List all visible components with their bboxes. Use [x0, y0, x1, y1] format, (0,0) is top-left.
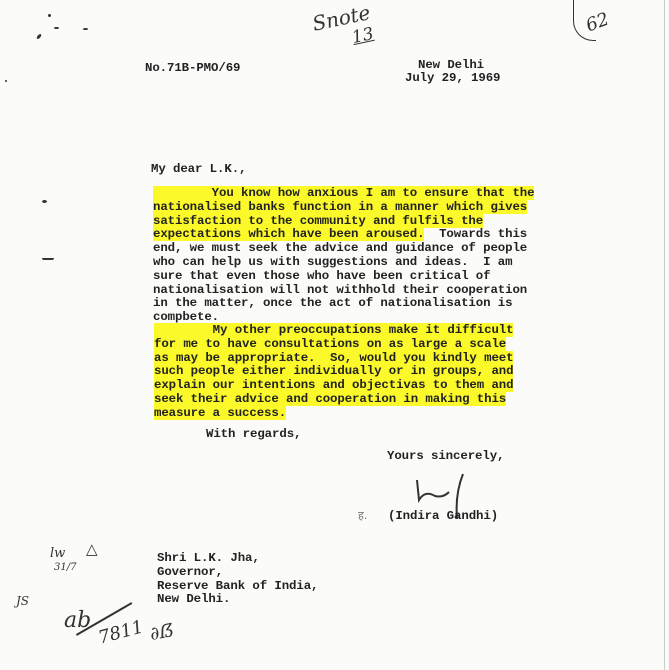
text-line: for me to have consultations on as large… [154, 338, 513, 352]
recipient-address: Shri L.K. Jha,Governor,Reserve Bank of I… [157, 552, 318, 607]
body-text: sure that even those who have been criti… [153, 269, 490, 283]
highlighted-text: expectations which have been aroused. [153, 227, 424, 241]
scan-speck [5, 80, 7, 82]
scan-speck [36, 33, 42, 40]
paragraph-2: My other preoccupations make it difficul… [154, 324, 513, 421]
highlighted-text: seek their advice and cooperation in mak… [154, 392, 506, 406]
letter-page: Snote 13 62 No.71B-PMO/69 New Delhi July… [0, 0, 669, 670]
handwritten-delta-mark: △ [86, 540, 98, 558]
reference-number: No.71B-PMO/69 [145, 62, 240, 76]
highlighted-text: nationalised banks function in a manner … [153, 200, 527, 214]
scan-speck [83, 28, 88, 30]
signatory-name: (Indira Gandhi) [388, 510, 498, 524]
recipient-line: Shri L.K. Jha, [157, 552, 318, 566]
salutation: My dear L.K., [151, 163, 246, 177]
body-text: Towards this [424, 227, 527, 241]
text-line: such people either individually or in gr… [154, 365, 513, 379]
handwritten-number: 7811 [96, 616, 146, 648]
text-line: nationalisation will not withhold their … [153, 284, 534, 298]
highlighted-text: as may be appropriate. So, would you kin… [154, 351, 513, 365]
paragraph-1: You know how anxious I am to ensure that… [153, 187, 534, 325]
scan-edge [664, 0, 665, 670]
handwritten-circle-mark [573, 0, 596, 41]
handwritten-js-note: JS [16, 594, 29, 608]
highlighted-text: measure a success. [154, 406, 286, 420]
highlighted-text: explain our intentions and objectivas to… [154, 378, 513, 392]
hindi-initial-mark: ह. [358, 508, 367, 523]
text-line: measure a success. [154, 407, 513, 421]
text-line: sure that even those who have been criti… [153, 270, 534, 284]
handwritten-scribble: ∂ẞ [148, 620, 176, 645]
recipient-line: Governor, [157, 566, 318, 580]
scan-speck [54, 27, 59, 29]
highlighted-text: satisfaction to the community and fulfil… [153, 214, 483, 228]
recipient-line: Reserve Bank of India, [157, 580, 318, 594]
highlighted-text: for me to have consultations on as large… [154, 337, 506, 351]
text-line: satisfaction to the community and fulfil… [153, 215, 534, 229]
closing-regards: With regards, [206, 428, 301, 442]
text-line: explain our intentions and objectivas to… [154, 379, 513, 393]
scan-speck [42, 258, 54, 260]
text-line: in the matter, once the act of nationali… [153, 297, 534, 311]
text-line: You know how anxious I am to ensure that… [153, 187, 534, 201]
text-line: end, we must seek the advice and guidanc… [153, 242, 534, 256]
text-line: as may be appropriate. So, would you kin… [154, 352, 513, 366]
text-line: who can help us with suggestions and ide… [153, 256, 534, 270]
scan-speck [42, 200, 47, 203]
body-text: nationalisation will not withhold their … [153, 283, 527, 297]
valediction: Yours sincerely, [387, 450, 504, 464]
text-line: nationalised banks function in a manner … [153, 201, 534, 215]
text-line: seek their advice and cooperation in mak… [154, 393, 513, 407]
body-text: who can help us with suggestions and ide… [153, 255, 512, 269]
scan-speck [48, 14, 51, 17]
text-line: expectations which have been aroused. To… [153, 228, 534, 242]
recipient-line: New Delhi. [157, 593, 318, 607]
highlighted-text: You know how anxious I am to ensure that… [153, 186, 534, 200]
highlighted-text: such people either individually or in gr… [154, 364, 513, 378]
handwritten-date: 31/7 [54, 562, 76, 573]
handwritten-initials: lw [50, 546, 65, 561]
handwritten-note-number: 13 [350, 24, 375, 48]
body-text: in the matter, once the act of nationali… [153, 296, 512, 310]
letter-date: July 29, 1969 [405, 72, 500, 86]
text-line: My other preoccupations make it difficul… [154, 324, 513, 338]
highlighted-text: My other preoccupations make it difficul… [154, 323, 513, 337]
body-text: end, we must seek the advice and guidanc… [153, 241, 527, 255]
